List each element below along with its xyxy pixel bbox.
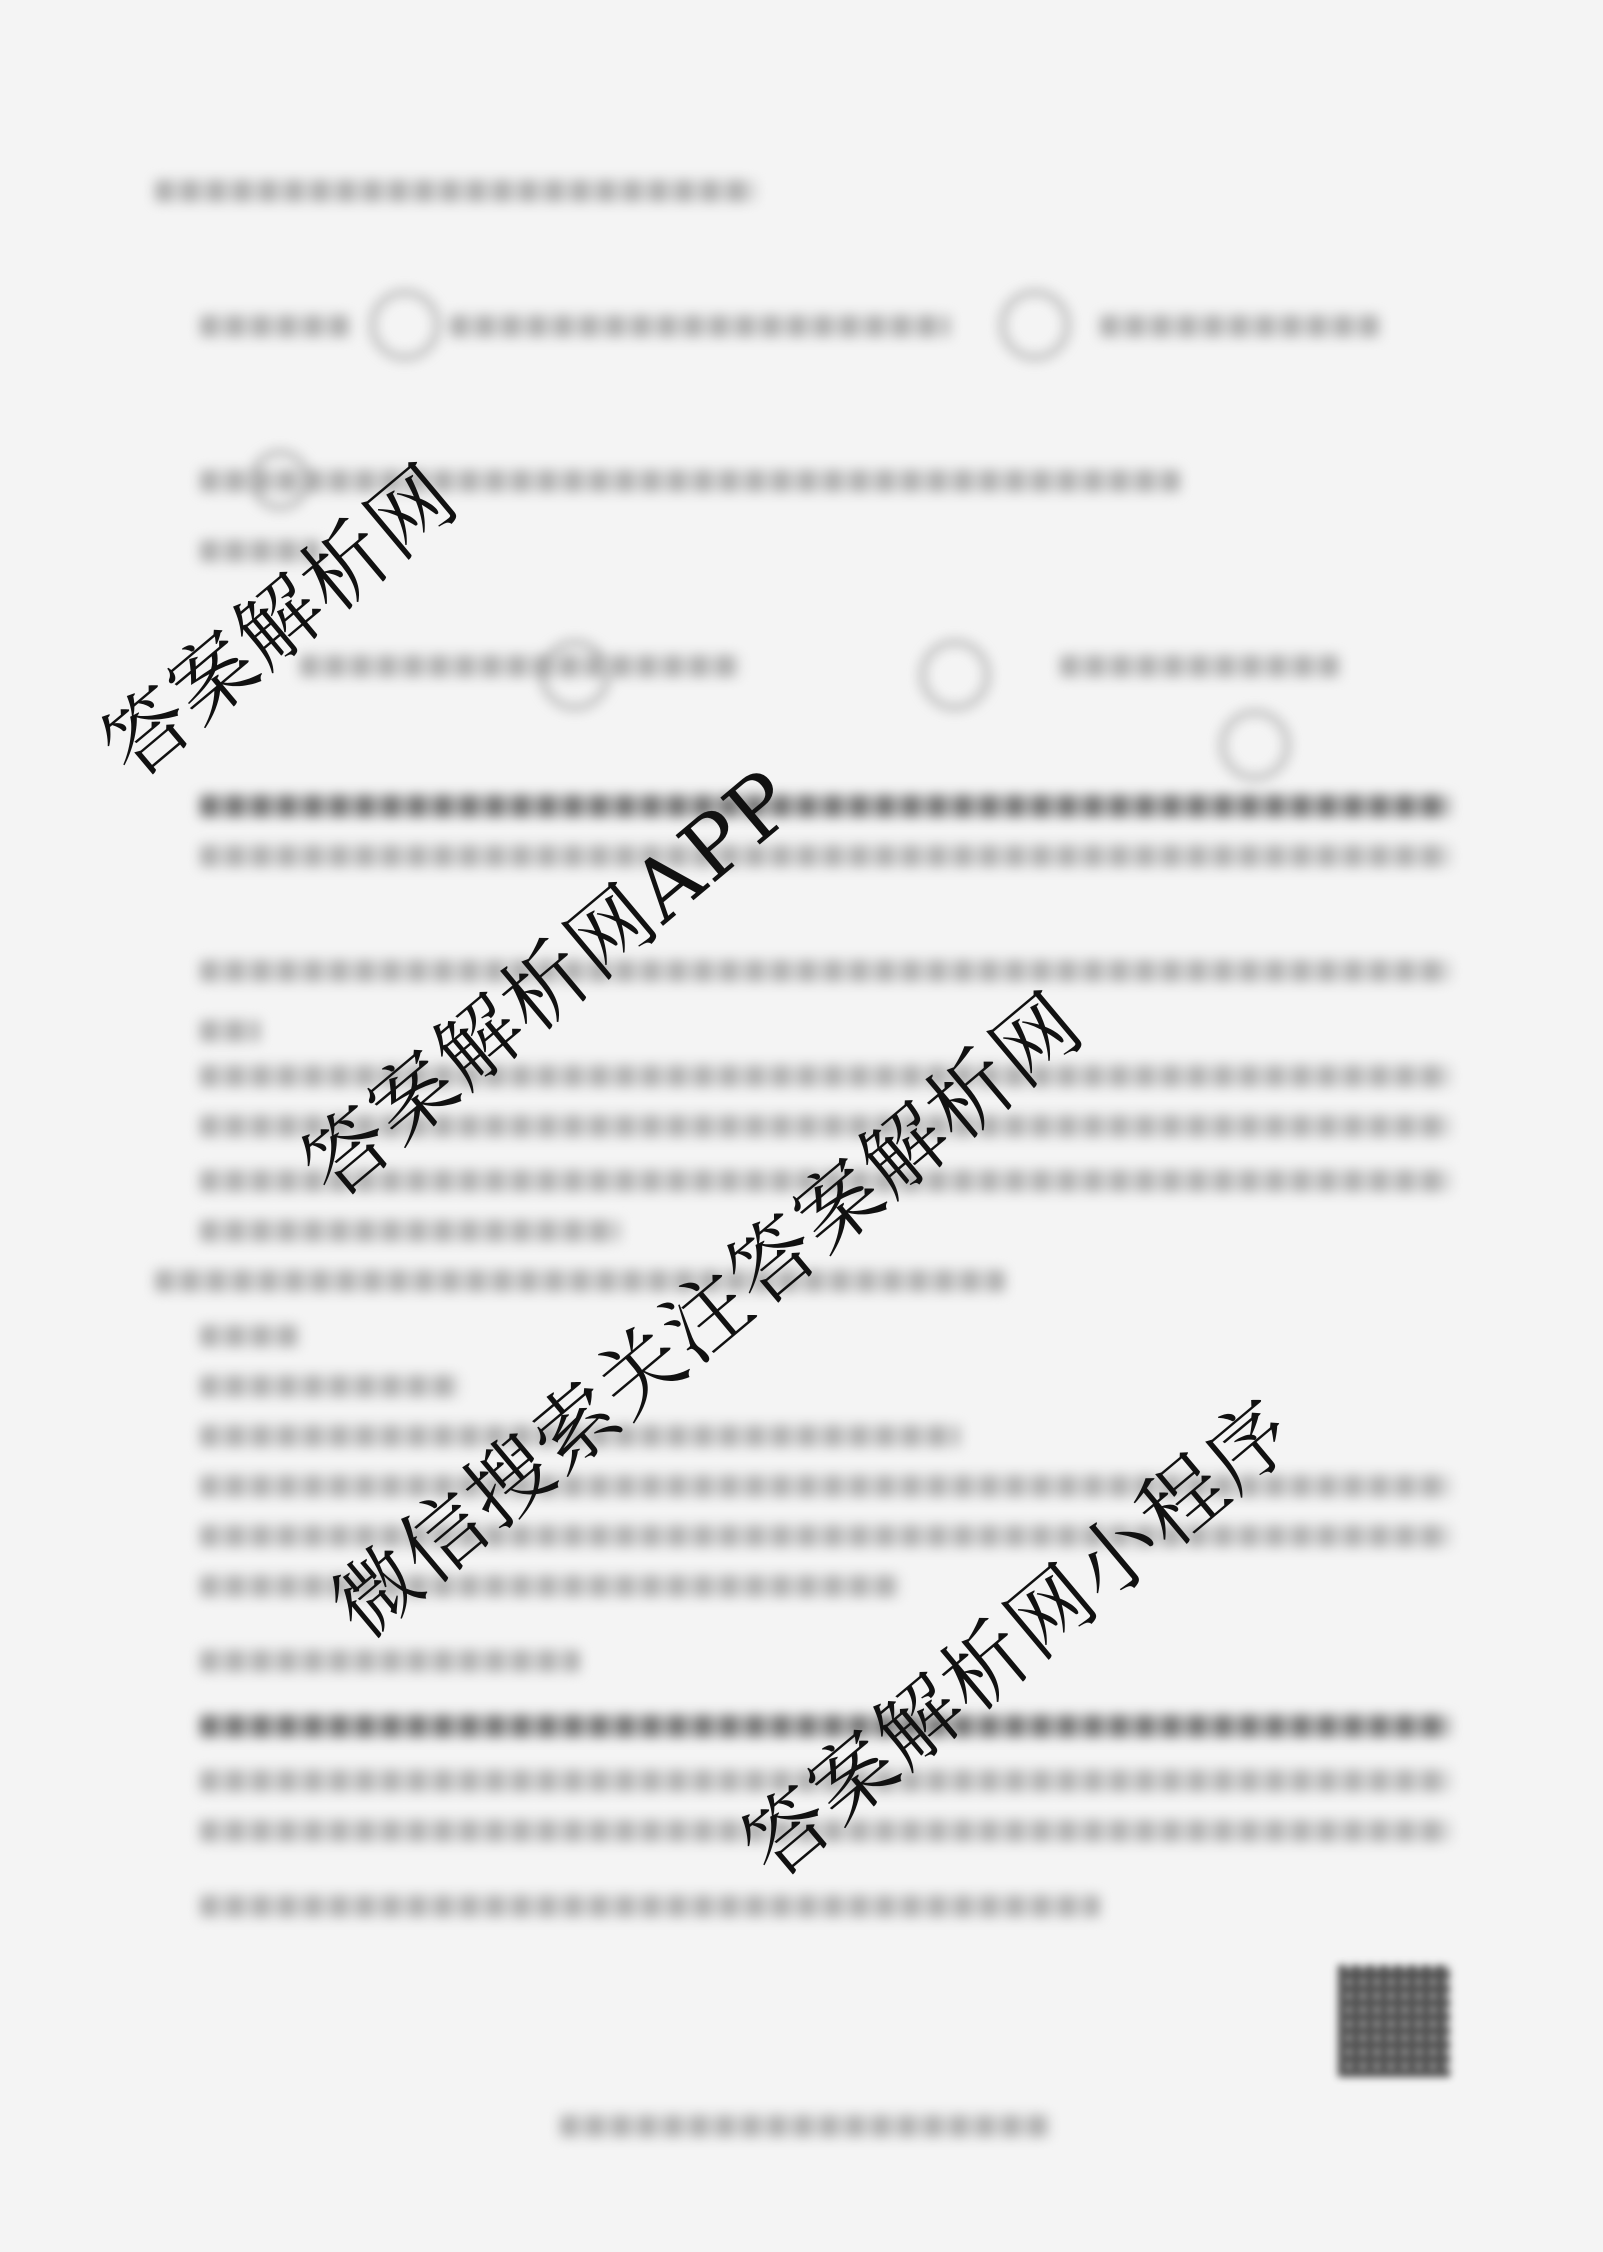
blurred-document-content (0, 0, 1603, 2252)
qr-code (1338, 1965, 1450, 2077)
